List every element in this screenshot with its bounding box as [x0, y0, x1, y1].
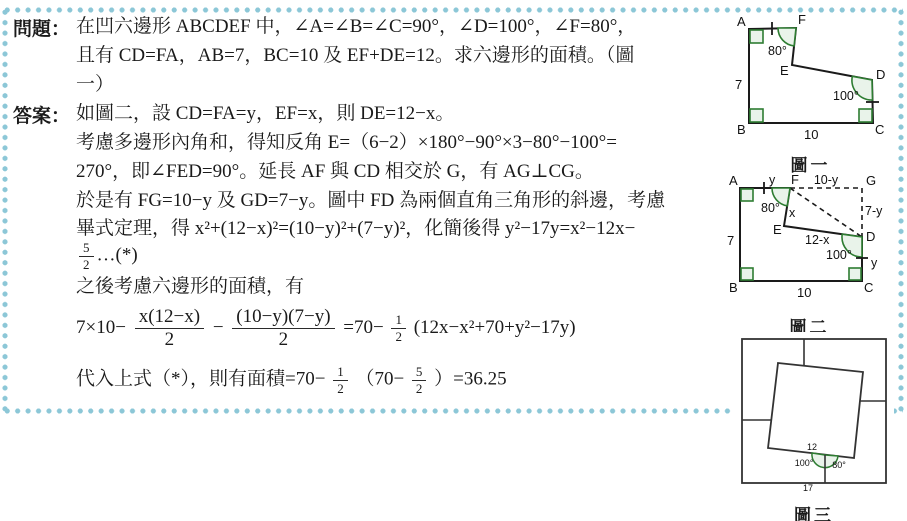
fraction-10y7y-2: (10−y)(7−y)2	[232, 307, 334, 350]
answer-line-5: 畢式定理，得 x²+(12−x)²=(10−y)²+(7−y)²，化簡後得 y²…	[76, 216, 635, 242]
problem-line-3: 一）	[76, 72, 114, 98]
figure-1-drawing: A F E D C B 7 10 80° 100°	[718, 12, 903, 144]
figure-3-drawing: 12 100° 80° 17	[734, 332, 894, 494]
fig2-angle-d: 100°	[826, 248, 852, 262]
answer-line-2: 考慮多邊形內角和，得知反角 E=（6−2）×180°−90°×3−80°−100…	[76, 130, 617, 156]
dotted-border-left	[2, 7, 8, 414]
fig2-len-af: y	[769, 173, 776, 187]
fig1-label-b: B	[737, 122, 746, 137]
fig3-angle-100: 100°	[795, 458, 814, 468]
hexagon-abcdef	[749, 28, 873, 123]
fig3-side-12: 12	[807, 442, 817, 452]
right-angle-mark-c	[859, 109, 872, 122]
fig2-side-bc: 10	[797, 285, 811, 300]
fig1-side-ab: 7	[735, 77, 742, 92]
fig2-angle-f: 80°	[761, 201, 780, 215]
fraction-5-2: 52	[79, 241, 94, 271]
answer-line-1: 如圖二，設 CD=FA=y，EF=x，則 DE=12−x。	[76, 101, 454, 127]
fig1-label-d: D	[876, 67, 885, 82]
final-part-3: ）=36.25	[434, 369, 506, 390]
fraction-5-2-final: 52	[412, 365, 427, 395]
fig2-label-f: F	[791, 172, 799, 187]
formula-part-4: (12x−x²+70+y²−17y)	[414, 317, 576, 338]
fig2-len-ed: 12-x	[805, 233, 830, 247]
answer-line-3: 270°，即∠FED=90°。延長 AF 與 CD 相交於 G，有 AG⊥CG。	[76, 159, 594, 185]
fig2-label-g: G	[866, 173, 876, 188]
answer-label: 答案：	[13, 101, 70, 128]
figure-1: A F E D C B 7 10 80° 100° 圖一	[718, 12, 903, 176]
fig1-label-f: F	[798, 12, 806, 27]
formula-part-1: 7×10−	[76, 317, 126, 338]
fig1-label-c: C	[875, 122, 884, 137]
final-part-2: （70−	[355, 369, 404, 390]
right-angle-mark-c2	[849, 268, 861, 280]
fig1-side-bc: 10	[804, 127, 818, 142]
problem-line-2: 且有 CD=FA，AB=7，BC=10 及 EF+DE=12。求六邊形的面積。（…	[76, 43, 634, 69]
fig2-len-gd: 7-y	[865, 204, 883, 218]
final-result-line: 代入上式（*），則有面積=70− 12 （70− 52 ）=36.25	[76, 365, 507, 395]
fig2-len-dc: y	[871, 256, 878, 270]
right-angle-mark-a	[750, 30, 763, 43]
formula-part-3: =70−	[343, 317, 383, 338]
right-angle-mark-b	[750, 109, 763, 122]
answer-area-intro: 之後考慮六邊形的面積，有	[76, 274, 304, 300]
answer-line-4: 於是有 FG=10−y 及 GD=7−y。圖中 FD 為兩個直角三角形的斜邊，考…	[76, 188, 665, 214]
fig2-label-c: C	[864, 280, 873, 295]
right-angle-mark-b2	[741, 268, 753, 280]
fig3-angle-80: 80°	[832, 460, 846, 470]
fig2-side-ab: 7	[727, 233, 734, 248]
fraction-x12x-2: x(12−x)2	[135, 307, 204, 350]
problem-label: 問題：	[13, 14, 70, 41]
figure-3-caption: 圖三	[734, 501, 894, 521]
worksheet-page: { "page": { "problem_label": "問題：", "ans…	[0, 0, 907, 521]
fraction-1-2: 12	[391, 313, 406, 343]
fig1-angle-f: 80°	[768, 44, 787, 58]
star-tail: …(*)	[97, 245, 138, 266]
figure-2: A F G E D C B y 10-y 80° x 7-y 12-x 100°…	[712, 170, 907, 338]
figure-3: 12 100° 80° 17 圖三	[734, 332, 894, 521]
fig1-angle-d: 100°	[833, 89, 859, 103]
area-formula: 7×10− x(12−x)2 − (10−y)(7−y)2 =70− 12 (1…	[76, 307, 576, 350]
fig2-len-fg: 10-y	[814, 173, 839, 187]
figure-2-drawing: A F G E D C B y 10-y 80° x 7-y 12-x 100°…	[712, 170, 907, 306]
answer-star-line: 52…(*)	[76, 241, 138, 271]
right-angle-mark-a2	[741, 189, 753, 201]
formula-minus: −	[213, 317, 224, 338]
fig2-label-a: A	[729, 173, 738, 188]
fig1-label-a: A	[737, 14, 746, 29]
fig3-side-17: 17	[803, 483, 813, 493]
fig2-label-d: D	[866, 229, 875, 244]
problem-line-1: 在凹六邊形 ABCDEF 中，∠A=∠B=∠C=90°，∠D=100°，∠F=8…	[76, 14, 636, 40]
fig2-len-fe: x	[789, 206, 796, 220]
fig2-label-e: E	[773, 222, 782, 237]
fraction-1-2-final: 12	[333, 365, 348, 395]
fig2-label-b: B	[729, 280, 738, 295]
final-part-1: 代入上式（*），則有面積=70−	[76, 369, 325, 390]
fig1-label-e: E	[780, 63, 789, 78]
